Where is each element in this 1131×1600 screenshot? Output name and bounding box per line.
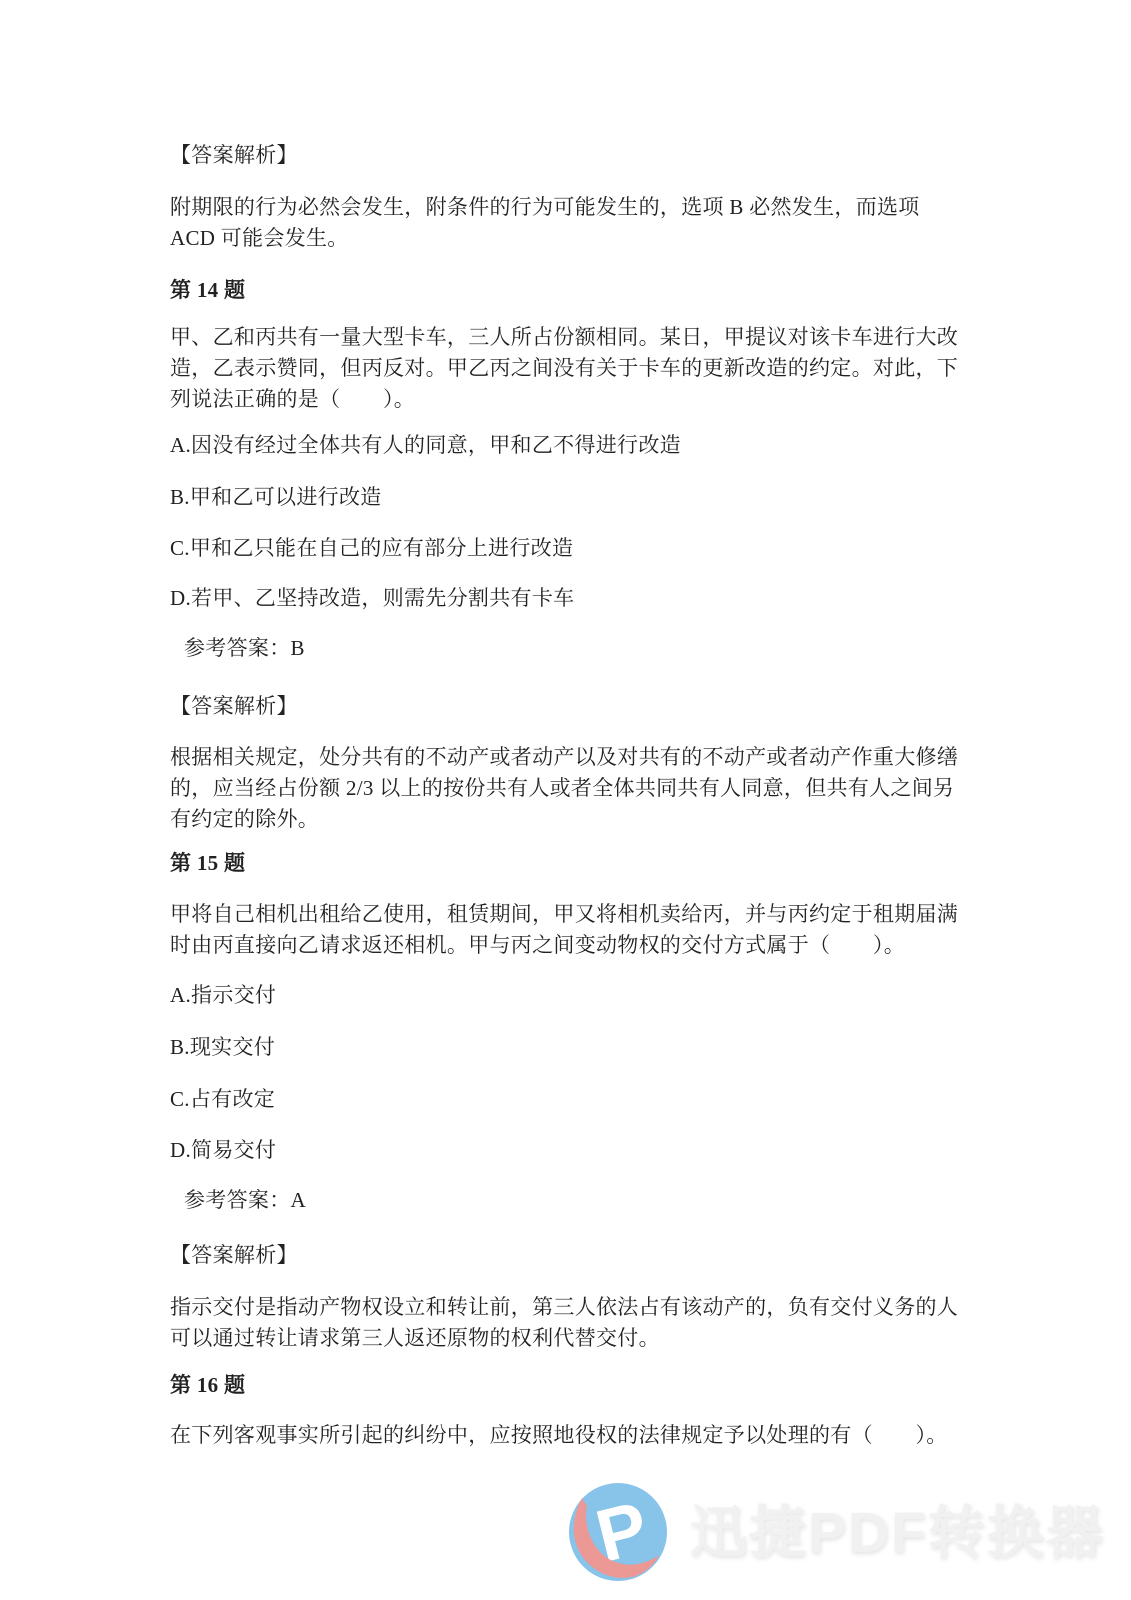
question-title-15: 第 15 题 [170,848,970,879]
analysis-label: 【答案解析】 [170,691,970,722]
option-15-a: A.指示交付 [170,980,970,1011]
option-14-a: A.因没有经过全体共有人的同意，甲和乙不得进行改造 [170,430,970,461]
option-14-b: B.甲和乙可以进行改造 [170,482,970,513]
question-stem-14: 甲、乙和丙共有一量大型卡车，三人所占份额相同。某日，甲提议对该卡车进行大改造，乙… [170,322,970,415]
analysis-text-15: 指示交付是指动产物权设立和转让前，第三人依法占有该动产的，负有交付义务的人可以通… [170,1292,970,1354]
option-15-c: C.占有改定 [170,1084,970,1115]
reference-answer-15: 参考答案：A [184,1185,984,1216]
option-15-b: B.现实交付 [170,1032,970,1063]
option-14-c: C.甲和乙只能在自己的应有部分上进行改造 [170,533,970,564]
analysis-text-14: 根据相关规定，处分共有的不动产或者动产以及对共有的不动产或者动产作重大修缮的，应… [170,742,970,835]
analysis-text: 附期限的行为必然会发生，附条件的行为可能发生的，选项 B 必然发生，而选项 AC… [170,192,970,254]
analysis-label: 【答案解析】 [170,140,970,171]
question-stem-16: 在下列客观事实所引起的纠纷中，应按照地役权的法律规定予以处理的有（ ）。 [170,1420,970,1451]
watermark: P 迅捷PDF转换器 [568,1470,1128,1585]
pdf-converter-logo-icon: P [568,1482,668,1582]
question-stem-15: 甲将自己相机出租给乙使用，租赁期间，甲又将相机卖给丙，并与丙约定于租期届满时由丙… [170,899,970,961]
analysis-label: 【答案解析】 [170,1240,970,1271]
question-title-14: 第 14 题 [170,275,970,306]
option-14-d: D.若甲、乙坚持改造，则需先分割共有卡车 [170,583,970,614]
reference-answer-14: 参考答案：B [184,633,984,664]
brand-text: 迅捷PDF转换器 [690,1487,1105,1569]
document-page: 【答案解析】 附期限的行为必然会发生，附条件的行为可能发生的，选项 B 必然发生… [0,0,1131,1600]
option-15-d: D.简易交付 [170,1135,970,1166]
question-title-16: 第 16 题 [170,1370,970,1401]
